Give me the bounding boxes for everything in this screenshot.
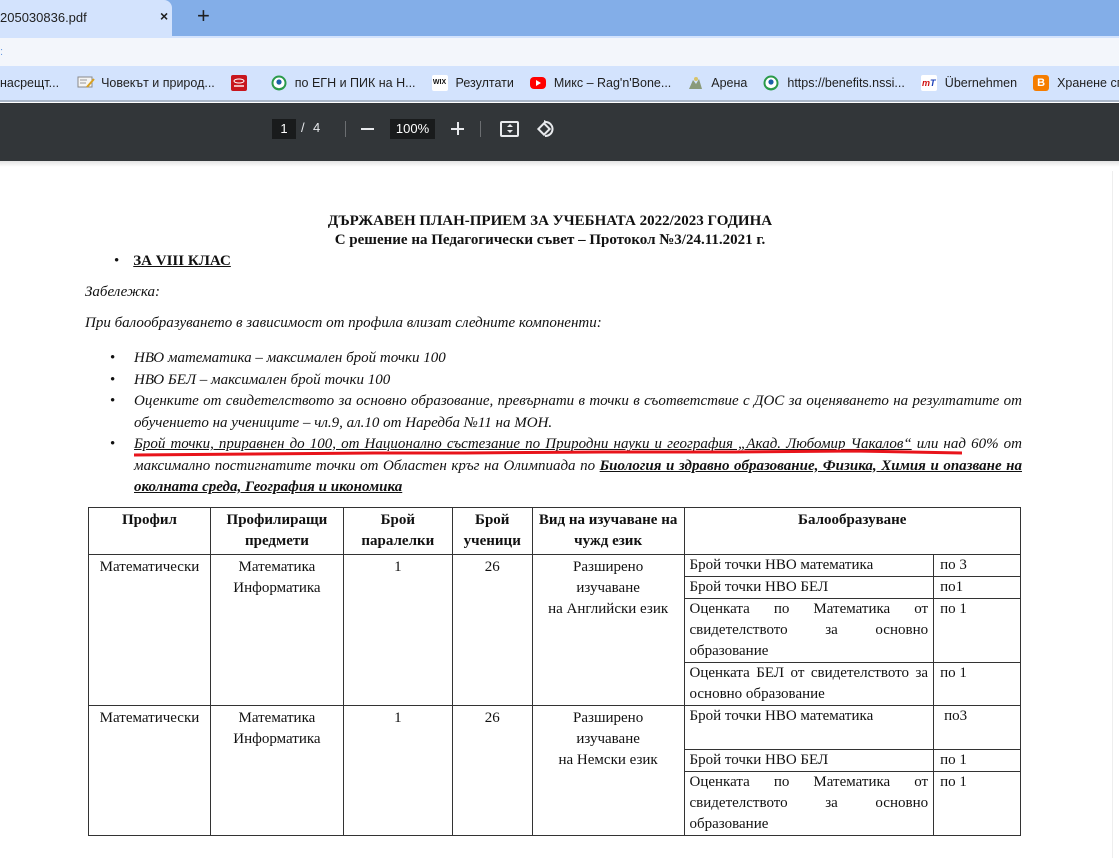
address-bar-input[interactable]: : <box>0 38 1119 66</box>
language-line: на Английски език <box>537 599 680 620</box>
page-shadow <box>0 161 1119 167</box>
page-number-input[interactable]: 1 <box>272 119 296 139</box>
header-classes: Брой паралелки <box>343 508 452 555</box>
header-profile: Профил <box>89 508 211 555</box>
bookmark-label: https://benefits.nssi... <box>787 76 904 90</box>
header-scoring: Балообразуване <box>684 508 1020 555</box>
tab-title: 205030836.pdf <box>0 10 87 25</box>
bookmark-0[interactable]: насрещт... <box>0 65 59 101</box>
note-label: Забележка: <box>85 284 160 301</box>
pdf-page: ДЪРЖАВЕН ПЛАН-ПРИЕМ ЗА УЧЕБНАТА 2022/202… <box>0 161 1119 858</box>
cell-students: 26 <box>452 706 532 836</box>
bookmark-label: Übernehmen <box>945 76 1017 90</box>
toolbar-divider <box>345 121 346 137</box>
document-subtitle-text: С решение на Педагогически съвет – Прото… <box>335 232 766 248</box>
cell-classes: 1 <box>343 706 452 836</box>
bookmark-label: насрещт... <box>0 76 59 90</box>
tab-strip: 205030836.pdf × + <box>0 0 1119 36</box>
bookmark-9[interactable]: B Хранене според в... <box>1033 65 1119 101</box>
cell-weight: по 3 <box>934 555 1021 577</box>
language-line: Разширено <box>537 557 680 578</box>
pdf-toolbar: 1 / 4 100% <box>0 103 1119 161</box>
cell-subjects: Математика Информатика <box>210 555 343 706</box>
intro-text: При балообразуването в зависимост от про… <box>85 315 602 332</box>
zoom-in-button[interactable] <box>448 117 468 141</box>
cell-profile: Математически <box>89 555 211 706</box>
cell-weight: по 1 <box>934 599 1021 663</box>
language-line: Разширено <box>537 708 680 729</box>
header-students: Брой ученици <box>452 508 532 555</box>
cell-weight: по 1 <box>934 750 1021 772</box>
zoom-out-button[interactable] <box>359 117 377 141</box>
bookmark-label: Хранене според в... <box>1057 76 1119 90</box>
cell-weight: по 1 <box>934 772 1021 836</box>
list-item: Брой точки, приравнен до 100, от Национа… <box>110 434 1022 499</box>
close-tab-icon[interactable]: × <box>160 8 168 24</box>
bookmark-label: по ЕГН и ПИК на Н... <box>295 76 416 90</box>
table-row: Математически Математика Информатика 1 2… <box>89 555 1021 577</box>
page-edge <box>1112 171 1113 858</box>
list-item: НВО математика – максимален брой точки 1… <box>110 348 1022 370</box>
bookmark-6[interactable]: Арена <box>687 65 747 101</box>
bookmark-label: Арена <box>711 76 747 90</box>
document-subtitle: С решение на Педагогически съвет – Прото… <box>0 232 1100 249</box>
admission-plan-table: Профил Профилиращи предмети Брой паралел… <box>88 507 1021 836</box>
address-bar-edge-icon: : <box>0 46 3 58</box>
bookmark-4[interactable]: WIX Резултати <box>432 65 514 101</box>
browser-tab-active[interactable]: 205030836.pdf × <box>0 0 172 36</box>
red-badge-icon <box>231 75 247 91</box>
nssi-icon <box>271 75 287 91</box>
red-underline-annotation <box>134 449 962 459</box>
bookmark-5[interactable]: Микс – Rag'n'Bone... <box>530 65 671 101</box>
toolbar-divider <box>480 121 481 137</box>
notepad-icon <box>77 75 93 91</box>
bookmark-label: Човекът и природ... <box>101 76 215 90</box>
bookmark-3[interactable]: по ЕГН и ПИК на Н... <box>271 65 416 101</box>
bookmark-1[interactable]: Човекът и природ... <box>77 65 215 101</box>
document-title-text: ДЪРЖАВЕН ПЛАН-ПРИЕМ ЗА УЧЕБНАТА 2022/202… <box>328 213 772 229</box>
bookmark-2[interactable] <box>231 65 255 101</box>
table-header-row: Профил Профилиращи предмети Брой паралел… <box>89 508 1021 555</box>
subject: Информатика <box>215 729 339 750</box>
cell-language: Разширено изучаване на Немски език <box>532 706 684 836</box>
arena-icon <box>687 75 703 91</box>
youtube-icon <box>530 77 546 89</box>
subject: Информатика <box>215 578 339 599</box>
cell-students: 26 <box>452 555 532 706</box>
zoom-level-input[interactable]: 100% <box>390 119 435 139</box>
subject: Математика <box>215 557 339 578</box>
subject: Математика <box>215 708 339 729</box>
wix-icon: WIX <box>432 75 448 91</box>
language-line: на Немски език <box>537 750 680 771</box>
document-title: ДЪРЖАВЕН ПЛАН-ПРИЕМ ЗА УЧЕБНАТА 2022/202… <box>0 213 1100 230</box>
nssi-icon <box>763 75 779 91</box>
bookmark-8[interactable]: mT Übernehmen <box>921 65 1017 101</box>
bookmark-7[interactable]: https://benefits.nssi... <box>763 65 904 101</box>
class-heading: •ЗА VIII КЛАС <box>114 253 231 270</box>
blogger-icon: B <box>1033 75 1049 91</box>
cell-profile: Математически <box>89 706 211 836</box>
cell-weight: по3 <box>934 706 1021 750</box>
bookmark-label: Микс – Rag'n'Bone... <box>554 76 671 90</box>
cell-weight: по1 <box>934 577 1021 599</box>
header-language: Вид на изучаване на чужд език <box>532 508 684 555</box>
new-tab-button[interactable]: + <box>197 3 210 29</box>
table-row: Математически Математика Информатика 1 2… <box>89 706 1021 750</box>
rotate-icon[interactable] <box>536 119 556 139</box>
cell-criterion: Оценката по Математика от свидетелството… <box>684 772 934 836</box>
fit-to-page-icon[interactable] <box>500 121 519 137</box>
mt-icon: mT <box>921 75 937 91</box>
class-heading-text: ЗА VIII КЛАС <box>133 253 231 269</box>
language-line: изучаване <box>537 578 680 599</box>
scoring-components-list: НВО математика – максимален брой точки 1… <box>110 348 1022 499</box>
page-separator: / <box>301 120 305 135</box>
bookmark-label: Резултати <box>456 76 514 90</box>
cell-criterion: Брой точки НВО математика <box>684 555 934 577</box>
cell-criterion: Оценката по Математика от свидетелството… <box>684 599 934 663</box>
cell-subjects: Математика Информатика <box>210 706 343 836</box>
cell-weight: по 1 <box>934 663 1021 706</box>
cell-criterion: Брой точки НВО БЕЛ <box>684 750 934 772</box>
language-line: изучаване <box>537 729 680 750</box>
bookmarks-bar: насрещт... Човекът и природ... по ЕГН и … <box>0 66 1119 102</box>
cell-criterion: Оценката БЕЛ от свидетелството за основн… <box>684 663 934 706</box>
bullet-icon: • <box>114 253 119 269</box>
cell-classes: 1 <box>343 555 452 706</box>
address-bar-area: : <box>0 36 1119 66</box>
cell-criterion: Брой точки НВО математика <box>684 706 934 750</box>
list-item: НВО БЕЛ – максимален брой точки 100 <box>110 370 1022 392</box>
page-total: 4 <box>313 120 320 135</box>
cell-language: Разширено изучаване на Английски език <box>532 555 684 706</box>
cell-criterion: Брой точки НВО БЕЛ <box>684 577 934 599</box>
header-subjects: Профилиращи предмети <box>210 508 343 555</box>
list-item: Оценките от свидетелството за основно об… <box>110 391 1022 434</box>
